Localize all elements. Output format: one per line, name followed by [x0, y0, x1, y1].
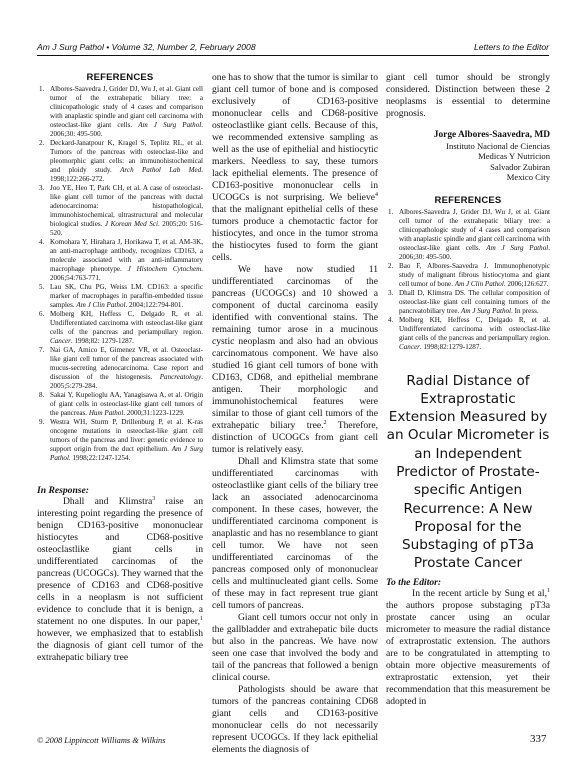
affiliation-line: Salvador Zubiran [386, 162, 550, 173]
reference-item: 1.Albores-Saavedra J, Grider DJ, Wu J, e… [386, 208, 550, 262]
references-heading: REFERENCES [386, 195, 550, 206]
reference-number: 3. [39, 184, 44, 193]
reference-item: 5.Lau SK, Chu PG, Weiss LM. CD163: a spe… [37, 283, 203, 310]
reference-number: 2. [388, 262, 393, 271]
text-run: the authors propose substaging pT3a pros… [386, 600, 550, 707]
response-paragraph: Dhall and Klimstra3 raise an interesting… [37, 496, 203, 664]
reference-item: 7.Nai GA, Amico E, Gimenez VR, et al. Os… [37, 346, 203, 391]
section-name: Letters to the Editor [474, 42, 549, 52]
page-number: 337 [530, 733, 547, 745]
citation-superscript: 1 [547, 588, 550, 594]
reference-number: 6. [39, 310, 44, 319]
reference-item: 3.Joo YE, Heo T, Park CH, et al. A case … [37, 184, 203, 238]
text-run: Dhall and Klimstra [63, 496, 152, 507]
text-run: We have now studied 11 undifferentiated … [212, 264, 378, 431]
journal-issue: Volume 32, Number 2, February 2008 [112, 42, 256, 52]
body-paragraph: Pathologists should be aware that tumors… [212, 684, 378, 756]
body-paragraph: giant cell tumor should be strongly cons… [386, 72, 550, 120]
author-name: Jorge Albores-Saavedra, MD [386, 130, 550, 141]
text-run: one has to show that the tumor is simila… [212, 72, 378, 203]
reference-citation: . 2006;126:627. [504, 280, 549, 288]
text-run: raise an interesting point regarding the… [37, 496, 203, 627]
reference-citation: . 1998;82: 1279-1287. [71, 337, 134, 345]
reference-citation: . 2000;31:1223-1229. [123, 409, 184, 417]
reference-journal: Am J Surg Pathol [461, 307, 511, 315]
reference-number: 9. [39, 418, 44, 427]
reference-item: 2.Bao F, Albores-Saavedra J. Immunopheno… [386, 262, 550, 289]
reference-item: 2.Deckard-Janatpour K, Kragel S, Teplitz… [37, 139, 203, 184]
reference-text: Molberg KH, Heffess C, Delgado R, et al.… [399, 316, 550, 342]
reference-item: 3.Dhall D, Klimstra DS. The cellular com… [386, 289, 550, 316]
affiliation-line: Mexico City [386, 172, 550, 183]
affiliation-line: Medicas Y Nutricion [386, 151, 550, 162]
reference-number: 5. [39, 283, 44, 292]
reference-journal: Am J Clin Pathol [76, 301, 125, 309]
reference-number: 1. [388, 208, 393, 217]
reference-citation: . 1998;22:1247-1254. [69, 454, 130, 462]
reference-number: 1. [39, 85, 44, 94]
reference-number: 4. [39, 238, 44, 247]
running-head-left: Am J Surg Pathol • Volume 32, Number 2, … [37, 42, 256, 52]
article-title: Radial Distance of Extraprostatic Extens… [386, 372, 550, 573]
reference-journal: J Korean Med Sci [105, 220, 158, 228]
reference-journal: Am J Surg Pathol [486, 244, 548, 252]
reference-journal: Arch Pathol Lab Med [120, 166, 201, 174]
references-list: 1.Albores-Saavedra J, Grider DJ, Wu J, e… [386, 208, 550, 352]
references-list: 1.Albores-Saavedra J, Grider DJ, Wu J, e… [37, 85, 203, 463]
body-paragraph: Giant cell tumors occur not only in the … [212, 612, 378, 684]
reference-item: 1.Albores-Saavedra J, Grider DJ, Wu J, e… [37, 85, 203, 139]
reference-number: 3. [388, 289, 393, 298]
reference-number: 2. [39, 139, 44, 148]
reference-citation: . In press. [511, 307, 539, 315]
journal-name: Am J Surg Pathol [37, 42, 104, 52]
reference-journal: Am J Surg Pathol [138, 121, 201, 129]
reference-number: 8. [39, 391, 44, 400]
reference-journal: Hum Pathol [89, 409, 123, 417]
reference-item: 6.Molberg KH, Heffess C, Delgado R, et a… [37, 310, 203, 346]
reference-item: 4.Molberg KH, Heffess C, Delgado R, et a… [386, 316, 550, 352]
reference-citation: . 2004;122:794-801. [125, 301, 183, 309]
author-signature: Jorge Albores-Saavedra, MD Instituto Nac… [386, 130, 550, 183]
reference-number: 4. [388, 316, 393, 325]
reference-journal: Am J Clin Pathol [455, 280, 504, 288]
body-paragraph: In the recent article by Sung et al,1 th… [386, 588, 550, 708]
affiliation-line: Instituto Nacional de Ciencias [386, 141, 550, 152]
body-paragraph: We have now studied 11 undifferentiated … [212, 264, 378, 456]
response-heading: In Response: [37, 485, 203, 496]
right-column: giant cell tumor should be strongly cons… [386, 72, 550, 708]
body-paragraph: one has to show that the tumor is simila… [212, 72, 378, 264]
to-editor-heading: To the Editor: [386, 577, 550, 588]
reference-journal: Cancer [50, 337, 71, 345]
reference-number: 7. [39, 346, 44, 355]
copyright-notice: © 2008 Lippincott Williams & Wilkins [37, 736, 166, 745]
references-heading: REFERENCES [37, 72, 203, 83]
citation-superscript: 4 [375, 192, 378, 198]
reference-journal: J Histochem Cytochem [128, 265, 202, 273]
body-paragraph: Dhall and Klimstra state that some undif… [212, 456, 378, 612]
reference-item: 8.Sakai Y, Kupelioglu AA, Yanagisawa A, … [37, 391, 203, 418]
citation-superscript: 1 [200, 616, 203, 622]
reference-text: Molberg KH, Heffess C, Delgado R, et al.… [50, 310, 203, 336]
reference-citation: . 1998;82:1279-1287. [420, 343, 481, 351]
left-column: REFERENCES 1.Albores-Saavedra J, Grider … [37, 72, 203, 664]
text-run: that the malignant epithelial cells of t… [212, 204, 378, 263]
running-head: Am J Surg Pathol • Volume 32, Number 2, … [37, 41, 549, 56]
reference-item: 4.Komohara Y, Hirahara J, Horikawa T, et… [37, 238, 203, 283]
reference-item: 9.Westra WH, Sturm P, Drillenburg P, et … [37, 418, 203, 463]
reference-journal: Cancer [399, 343, 420, 351]
reference-journal: Pancreatology [160, 373, 202, 381]
text-run: however, we emphasized that to establish… [37, 628, 203, 663]
middle-column: one has to show that the tumor is simila… [212, 72, 378, 756]
text-run: In the recent article by Sung et al, [412, 588, 547, 599]
